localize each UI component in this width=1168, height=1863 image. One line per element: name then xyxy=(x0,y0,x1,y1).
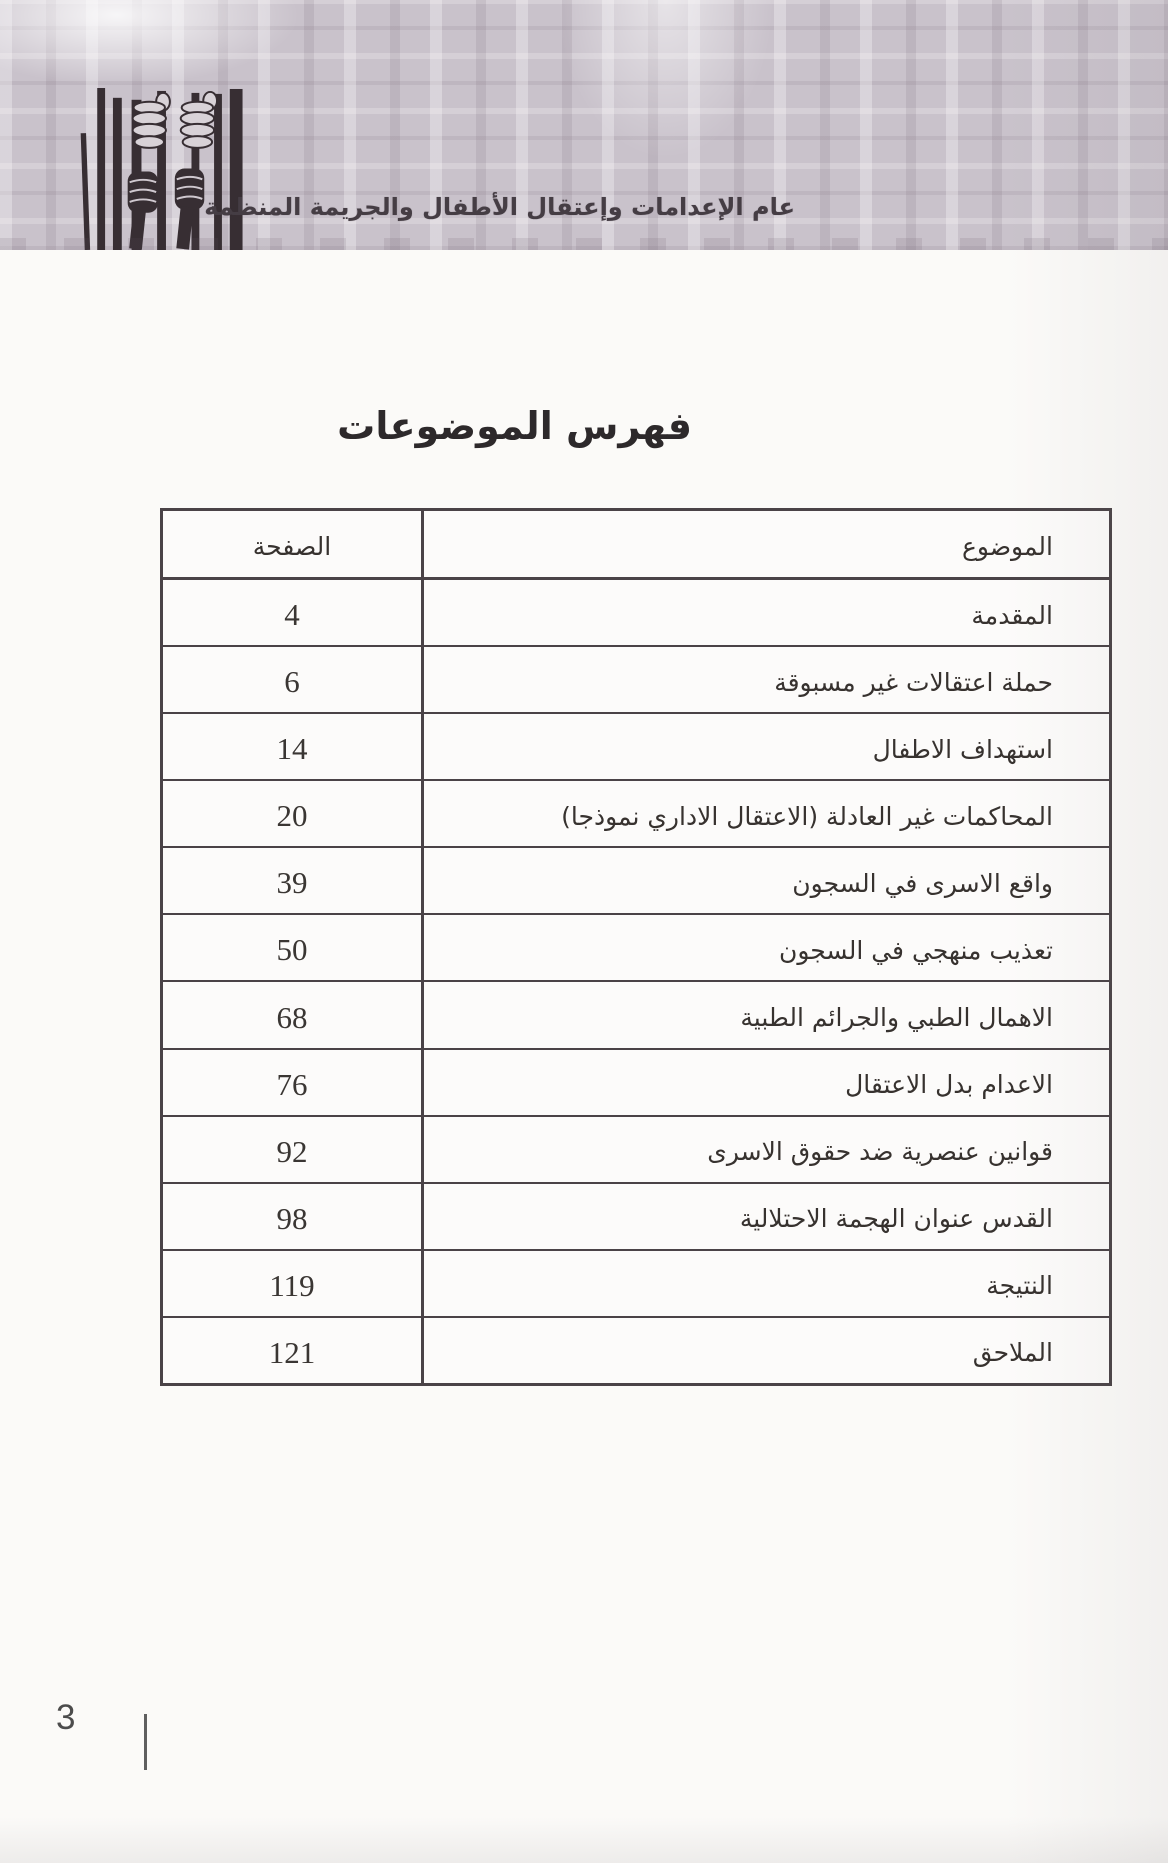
toc-entry-title: القدس عنوان الهجمة الاحتلالية xyxy=(421,1184,1109,1249)
footer-divider-line xyxy=(144,1714,147,1770)
table-row: قوانين عنصرية ضد حقوق الاسرى 92 xyxy=(163,1115,1109,1182)
footer-page-number: 3 xyxy=(56,1698,75,1738)
toc-entry-page: 98 xyxy=(163,1184,421,1249)
toc-entry-page: 92 xyxy=(163,1117,421,1182)
toc-entry-title: الملاحق xyxy=(421,1318,1109,1383)
table-row: حملة اعتقالات غير مسبوقة 6 xyxy=(163,645,1109,712)
toc-entry-title: استهداف الاطفال xyxy=(421,714,1109,779)
prison-bars-hands-icon xyxy=(78,88,250,250)
toc-entry-page: 20 xyxy=(163,781,421,846)
toc-entry-page: 4 xyxy=(163,580,421,645)
toc-entry-page: 119 xyxy=(163,1251,421,1316)
toc-entry-page: 14 xyxy=(163,714,421,779)
toc-entry-page: 6 xyxy=(163,647,421,712)
toc-title: فهرس الموضوعات xyxy=(392,404,692,448)
toc-table: الموضوع الصفحة المقدمة 4 حملة اعتقالات غ… xyxy=(160,508,1112,1386)
table-row: استهداف الاطفال 14 xyxy=(163,712,1109,779)
toc-entry-title: الاعدام بدل الاعتقال xyxy=(421,1050,1109,1115)
toc-entry-page: 50 xyxy=(163,915,421,980)
toc-entry-title: حملة اعتقالات غير مسبوقة xyxy=(421,647,1109,712)
table-row: واقع الاسرى في السجون 39 xyxy=(163,846,1109,913)
toc-entry-title: واقع الاسرى في السجون xyxy=(421,848,1109,913)
table-row: الملاحق 121 xyxy=(163,1316,1109,1383)
table-row: القدس عنوان الهجمة الاحتلالية 98 xyxy=(163,1182,1109,1249)
table-row: المقدمة 4 xyxy=(163,578,1109,645)
table-row: النتيجة 119 xyxy=(163,1249,1109,1316)
toc-entry-page: 68 xyxy=(163,982,421,1047)
column-header-topic: الموضوع xyxy=(421,511,1109,577)
header-banner: عام الإعدامات وإعتقال الأطفال والجريمة ا… xyxy=(0,0,1168,250)
table-row: المحاكمات غير العادلة (الاعتقال الاداري … xyxy=(163,779,1109,846)
toc-entry-title: قوانين عنصرية ضد حقوق الاسرى xyxy=(421,1117,1109,1182)
table-header-row: الموضوع الصفحة xyxy=(163,511,1109,578)
toc-entry-title: المقدمة xyxy=(421,580,1109,645)
toc-entry-page: 76 xyxy=(163,1050,421,1115)
column-header-page: الصفحة xyxy=(163,511,421,577)
table-row: الاهمال الطبي والجرائم الطبية 68 xyxy=(163,980,1109,1047)
scanned-document-page: عام الإعدامات وإعتقال الأطفال والجريمة ا… xyxy=(0,0,1168,1863)
toc-entry-page: 39 xyxy=(163,848,421,913)
table-row: الاعدام بدل الاعتقال 76 xyxy=(163,1048,1109,1115)
banner-title: عام الإعدامات وإعتقال الأطفال والجريمة ا… xyxy=(235,193,795,221)
table-row: تعذيب منهجي في السجون 50 xyxy=(163,913,1109,980)
toc-entry-title: الاهمال الطبي والجرائم الطبية xyxy=(421,982,1109,1047)
toc-entry-title: المحاكمات غير العادلة (الاعتقال الاداري … xyxy=(421,781,1109,846)
toc-entry-page: 121 xyxy=(163,1318,421,1383)
toc-entry-title: النتيجة xyxy=(421,1251,1109,1316)
toc-entry-title: تعذيب منهجي في السجون xyxy=(421,915,1109,980)
